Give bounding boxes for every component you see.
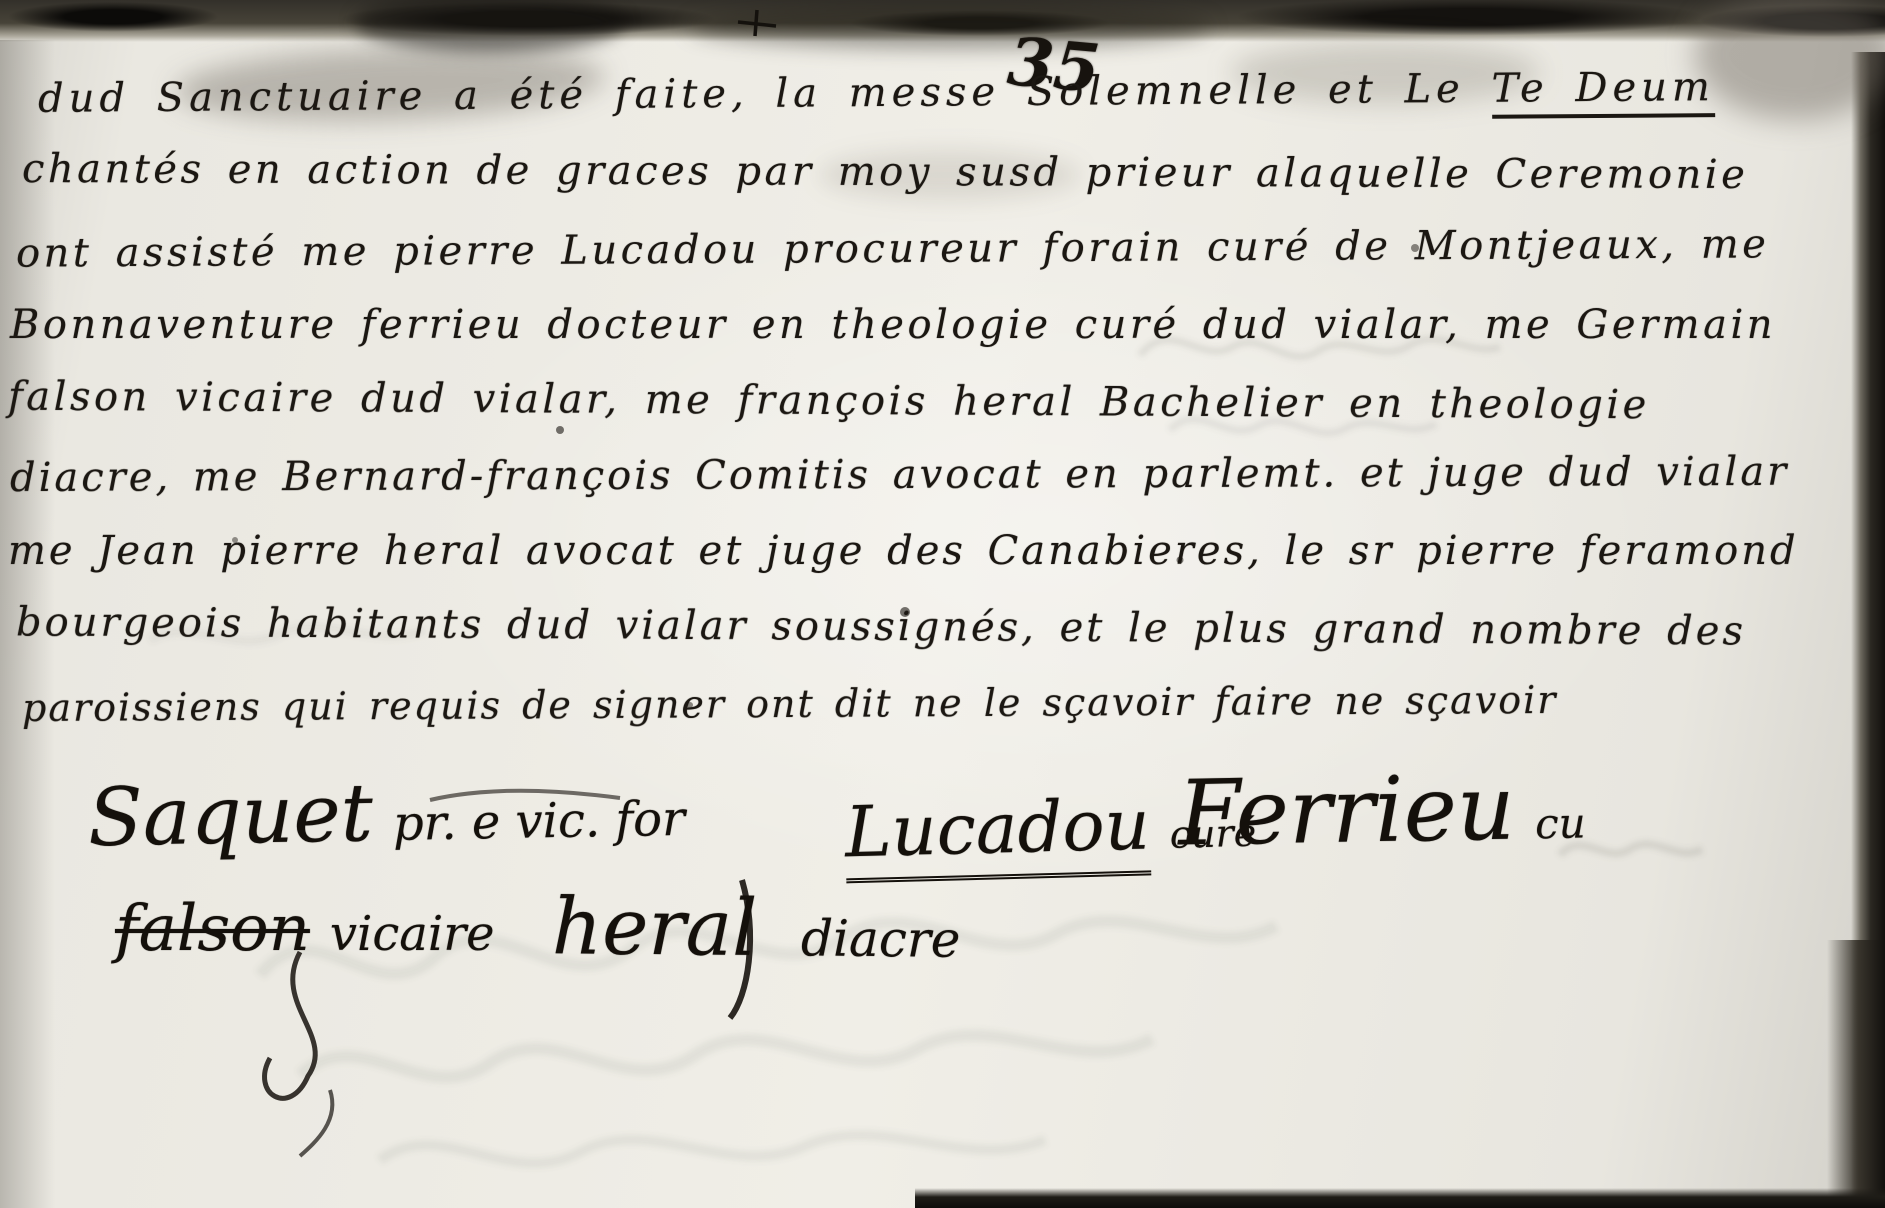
signature-heral: heraldiacre — [552, 882, 961, 976]
signature-saquet-title: pr. e vic. for — [392, 791, 685, 852]
te-deum-underlined-phrase: Te Deum — [1491, 64, 1715, 119]
signature-falson: falsonvicaire — [115, 892, 495, 966]
manuscript-line-4: Bonnaventure ferrieu docteur en theologi… — [10, 302, 1776, 348]
manuscript-line-5: falson vicaire dud vialar, me françois h… — [8, 374, 1650, 429]
signature-ferrieu-name: Ferrieu — [1177, 756, 1516, 867]
manuscript-line-6: diacre, me Bernard-françois Comitis avoc… — [10, 449, 1789, 501]
scan-edge-top — [0, 0, 1885, 42]
manuscript-line-1: dud Sanctuaire a été faite, la messe Sol… — [38, 64, 1715, 122]
signature-falson-title: vicaire — [330, 906, 495, 962]
manuscript-line-8: bourgeois habitants dud vialar soussigné… — [16, 599, 1746, 654]
signature-saquet: Saquetpr. e vic. for — [87, 761, 685, 864]
manuscript-line-3: ont assisté me pierre Lucadou procureur … — [16, 221, 1770, 276]
scan-edge-right-lower — [1827, 940, 1885, 1208]
signature-ferrieu-title: cu — [1535, 798, 1586, 848]
signature-falson-name: falson — [115, 892, 310, 966]
signature-ferrieu: Ferrieucu — [1177, 754, 1586, 866]
signature-lucadou-name: Lucadou — [844, 783, 1151, 883]
manuscript-line-2: chantés en action de graces par moy susd… — [22, 146, 1748, 198]
signature-heral-name: heral — [552, 882, 758, 974]
scan-edge-bottom — [915, 1188, 1885, 1208]
manuscript-scan: 35 dud Sanctuaire a été faite, la messe … — [0, 0, 1885, 1208]
signature-saquet-name: Saquet — [87, 766, 373, 864]
line-1-text: dud Sanctuaire a été faite, la messe Sol… — [38, 66, 1492, 122]
manuscript-line-7: me Jean pierre heral avocat et juge des … — [8, 528, 1799, 574]
signature-heral-title: diacre — [801, 909, 961, 968]
manuscript-line-9: paroissiens qui requis de signer ont dit… — [22, 678, 1558, 730]
